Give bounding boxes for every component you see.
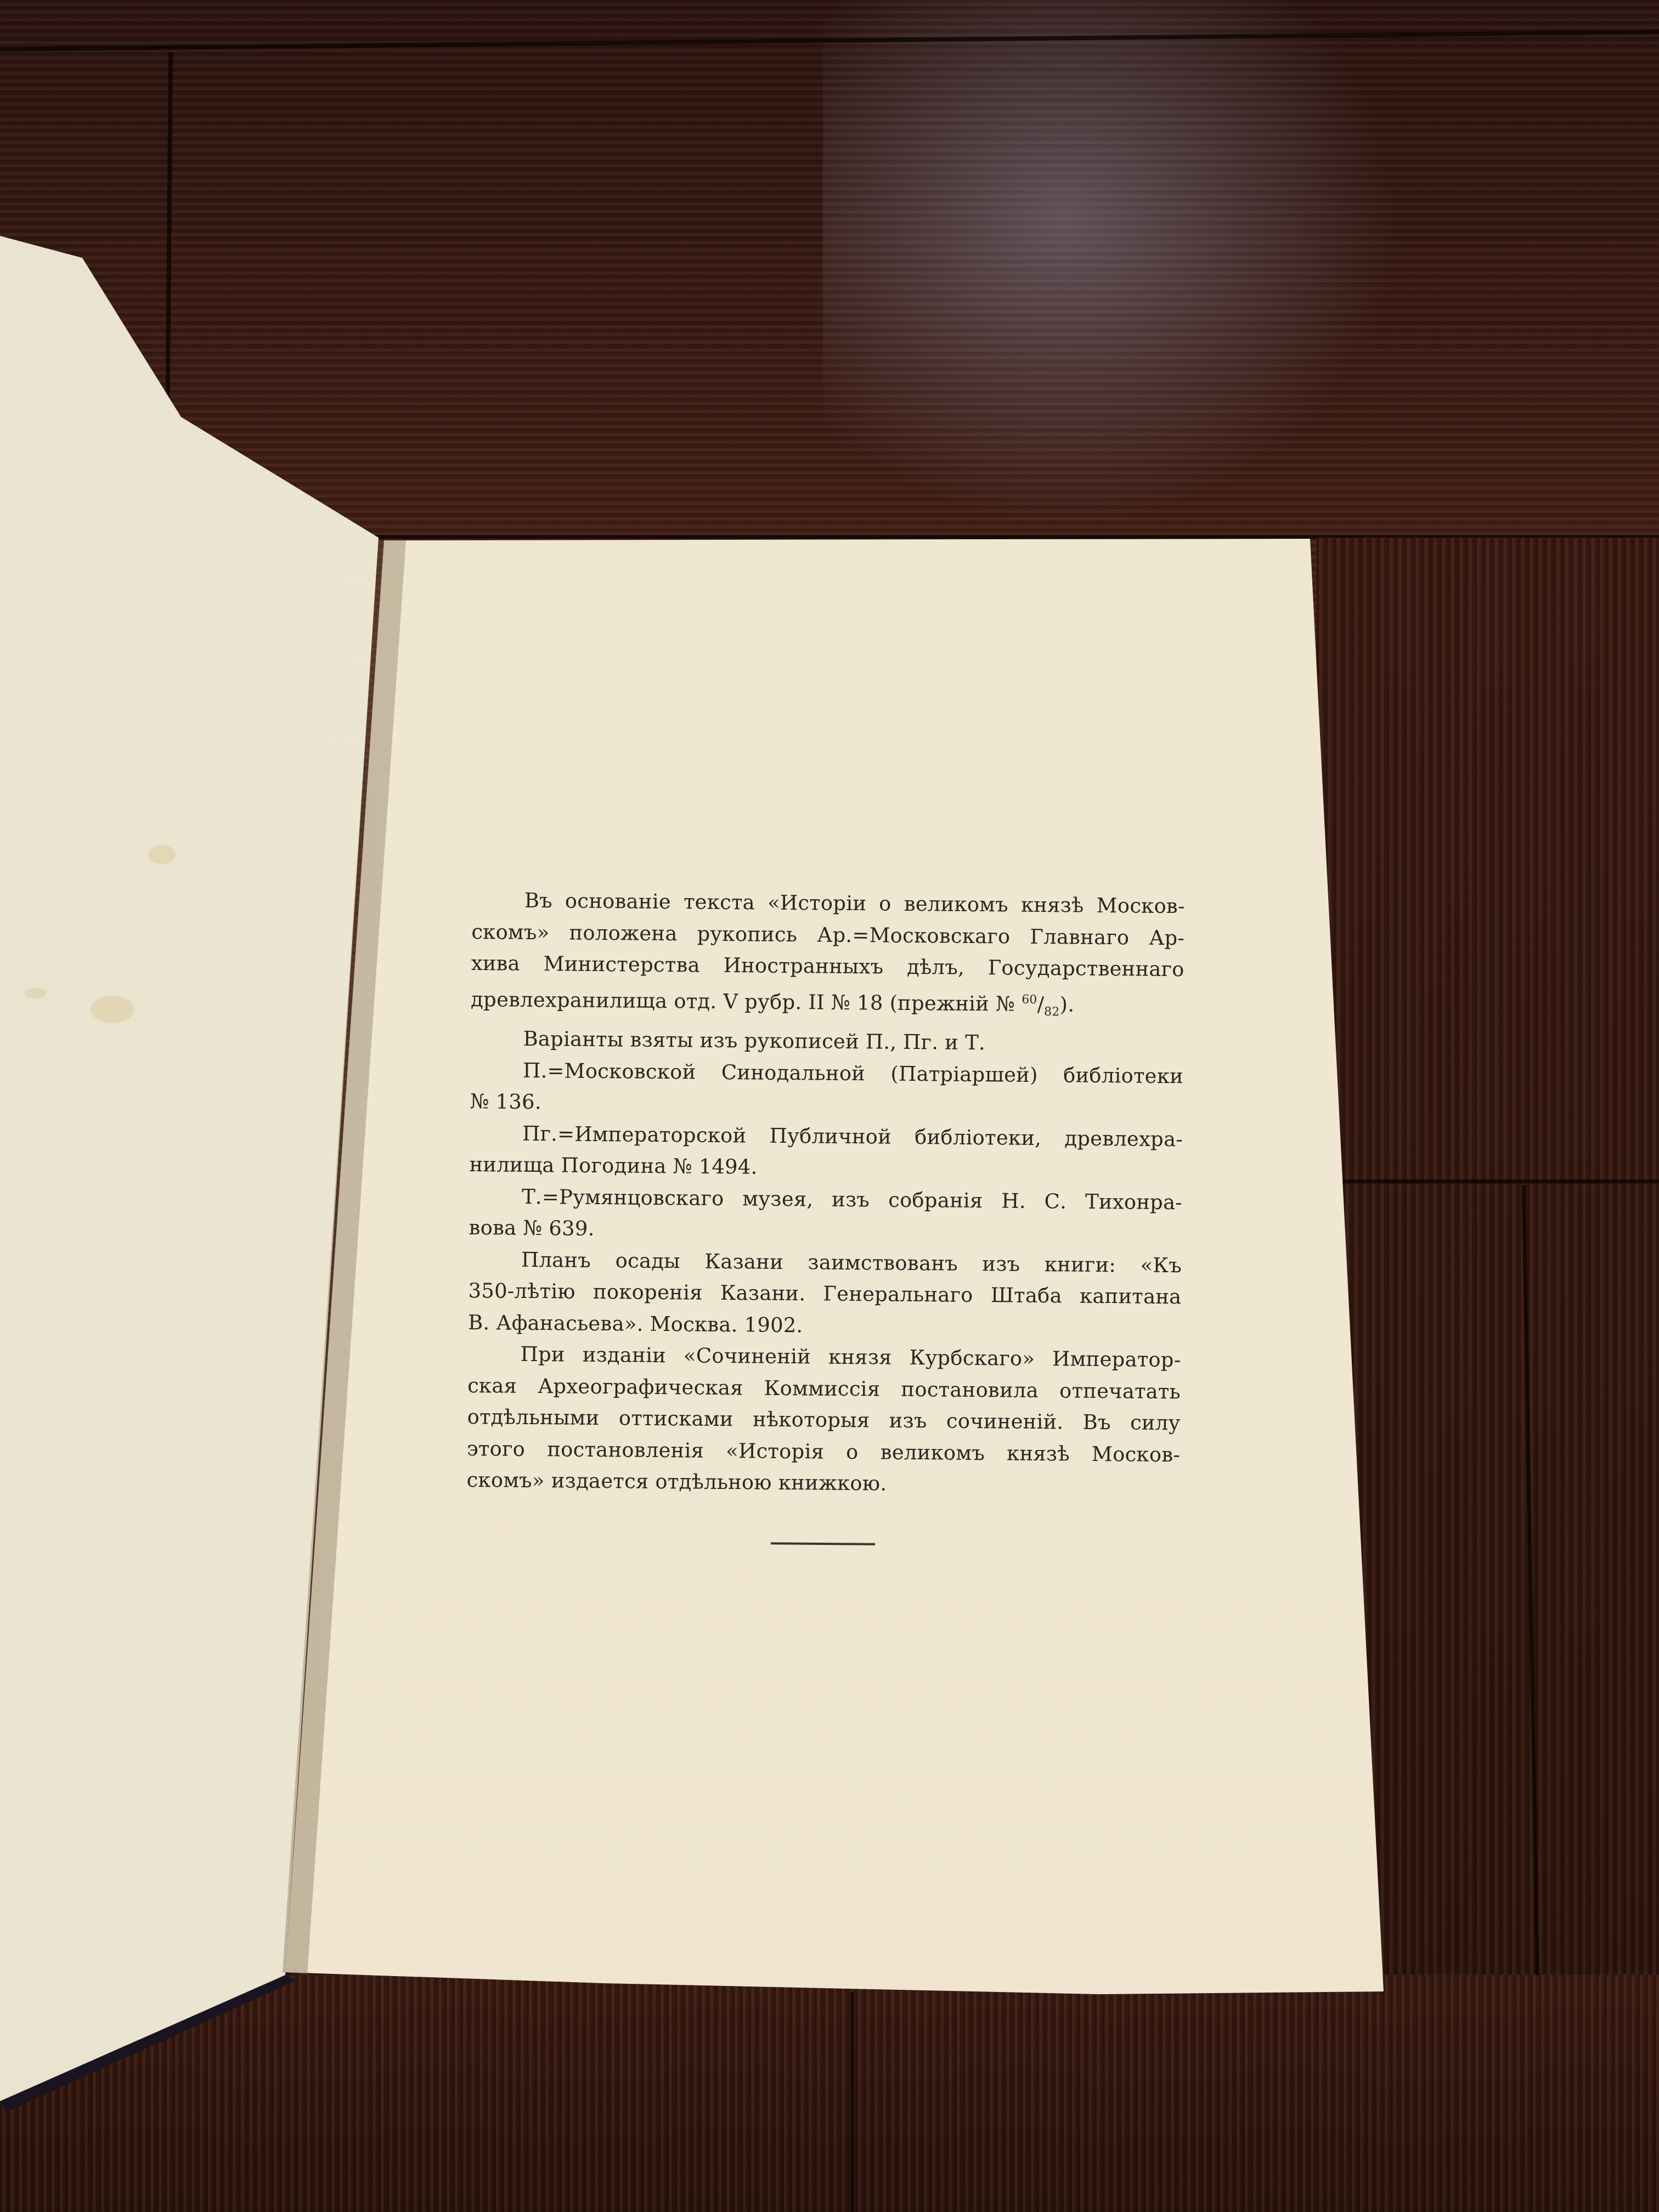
text-line: скомъ» издается отдѣльною книжкою. [466, 1464, 1180, 1502]
paragraph-siege-plan: Планъ осады Казани заимствованъ изъ книг… [468, 1243, 1182, 1344]
paragraph-manuscript-pg: Пг.=Императорской Публичной библіотеки, … [469, 1117, 1183, 1186]
paragraph-manuscript-p: П.=Московской Синодальной (Патріаршей) б… [470, 1054, 1183, 1123]
text-line-with-fraction: древлехранилища отд. V рубр. II № 18 (пр… [471, 979, 1184, 1029]
text-line: Варіанты взяты изъ рукописей П., Пг. и Т… [470, 1023, 1183, 1060]
text-line: П.=Московской Синодальной (Патріаршей) б… [470, 1054, 1183, 1092]
paragraph-variants: Варіанты взяты изъ рукописей П., Пг. и Т… [470, 1023, 1183, 1060]
paragraph-publication-note: При изданіи «Сочиненій князя Курбскаго» … [466, 1338, 1181, 1502]
fraction-numerator: 60 [1022, 992, 1037, 1006]
paragraph-source-manuscript: Въ основаніе текста «Исторіи о великомъ … [471, 884, 1185, 1029]
plank-seam [850, 1991, 854, 2212]
page-text: Въ основаніе текста «Исторіи о великомъ … [466, 884, 1185, 1502]
plank-seam [1339, 1180, 1659, 1183]
foxing-stain [148, 845, 176, 864]
fraction-denominator: 82 [1044, 1005, 1060, 1019]
text-line: древлехранилища отд. V рубр. II № 18 (пр… [471, 987, 1022, 1015]
wood-floor-bottom [0, 1975, 1659, 2212]
light-glare [823, 0, 1426, 549]
text-line: Въ основаніе текста «Исторіи о великомъ … [471, 884, 1184, 922]
text-line: 350-лѣтію покоренія Казани. Генеральнаго… [468, 1275, 1181, 1313]
text-line: хива Министерства Иностранныхъ дѣлъ, Гос… [471, 947, 1184, 985]
fraction-closing: ). [1059, 992, 1074, 1016]
text-line: отдѣльными оттисками нѣкоторыя изъ сочин… [467, 1401, 1180, 1439]
foxing-stain [91, 996, 134, 1023]
foxing-stain [25, 988, 47, 998]
text-line: нилища Погодина № 1494. [469, 1149, 1182, 1187]
text-line: При изданіи «Сочиненій князя Курбскаго» … [467, 1338, 1181, 1376]
paragraph-manuscript-t: Т.=Румянцовскаго музея, изъ собранія Н. … [469, 1180, 1182, 1249]
text-line: вова № 639. [469, 1212, 1182, 1250]
